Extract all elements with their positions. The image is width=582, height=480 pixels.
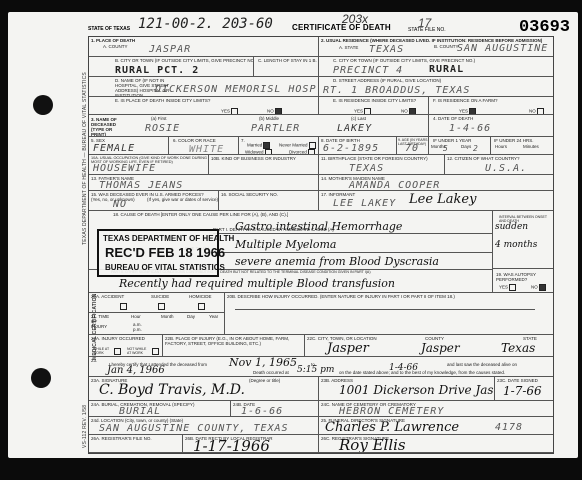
residence-farm-label: f. IS RESIDENCE ON A FARM? <box>433 98 498 103</box>
certification-statement: 23. I hereby certify that I attended the… <box>89 357 553 377</box>
never-married-option[interactable]: Never Married <box>279 142 316 149</box>
first-name-value: ROSIE <box>145 123 180 134</box>
state-file-handwritten: 17 <box>418 16 431 30</box>
autopsy-label: 19. WAS AUTOPSY PERFORMED? <box>496 272 552 282</box>
residence-state-label: a. STATE <box>339 45 358 50</box>
punch-hole-bottom <box>31 368 51 388</box>
city-label: b. CITY OR TOWN (If outside city limits,… <box>115 58 254 63</box>
place-of-death-label: 1. PLACE OF DEATH <box>91 38 135 43</box>
due-to-b-cause: Multiple Myeloma <box>235 238 337 251</box>
informant: 17. INFORMANT LEE LAKEY Lee Lakey <box>319 191 553 211</box>
residence-city-label: c. CITY OR TOWN (If outside city limits,… <box>333 58 475 63</box>
burial-location-value: SAN AUGUSTINE COUNTY, TEXAS <box>99 423 289 434</box>
place-of-death-county: 1. PLACE OF DEATH a. COUNTY JASPAR <box>89 37 319 57</box>
under-one-label: IF UNDER 1 YEAR <box>433 138 471 143</box>
place-city: b. CITY OR TOWN (If outside city limits,… <box>89 57 254 77</box>
residence-city: c. CITY OR TOWN (If outside city limits,… <box>319 57 553 77</box>
last-name-label: (c) Last <box>351 116 366 121</box>
inside-city-limits: e. IS PLACE OF DEATH INSIDE CITY LIMITS?… <box>89 97 319 115</box>
business: 10b. KIND OF BUSINESS OR INDUSTRY <box>209 155 319 175</box>
funeral-director-signature: Charles P. Lawrence <box>325 420 459 435</box>
inside-city-label: e. IS PLACE OF DEATH INSIDE CITY LIMITS? <box>115 98 210 103</box>
armed-forces-value: NO <box>113 199 127 210</box>
month-label: Month <box>161 314 174 319</box>
city-value: RURAL PCT. 2 <box>115 65 199 76</box>
registrar-signature-value: Roy Ellis <box>339 436 406 453</box>
mother-name: 14. MOTHER'S MAIDEN NAME AMANDA COOPER <box>319 175 553 191</box>
hour-label: Hour <box>131 314 141 319</box>
inside-city-no[interactable]: NO <box>267 108 282 115</box>
last-name-value: LAKEY <box>337 123 372 134</box>
residence-street-value: RT. 1 BROADDUS, TEXAS <box>323 85 470 96</box>
suicide-label: SUICIDE <box>151 294 169 299</box>
year-label: Year <box>209 314 218 319</box>
first-name-label: (a) First <box>151 116 167 121</box>
funeral-director-number: 4178 <box>495 422 523 433</box>
burial-date-value: 1-6-66 <box>241 406 283 417</box>
hospital-name: d. NAME OF (If not in hospital, give str… <box>89 77 319 97</box>
registrar-file-no: 26a. REGISTRAR'S FILE NO. <box>89 435 183 453</box>
homicide-label: HOMICIDE <box>189 294 212 299</box>
place-of-injury-label: 22b. PLACE OF INJURY (e.g., in or about … <box>165 336 303 346</box>
age: 9. AGE (In years last birthday) 70 <box>397 137 429 155</box>
under-24-hours: IF UNDER 24 HRS. Hours Minutes <box>491 137 553 155</box>
injury-describe-label: 20b. DESCRIBE HOW INJURY OCCURRED. (Ente… <box>227 294 455 299</box>
injury-location: 22c. CITY, TOWN, OR LOCATION COUNTY STAT… <box>305 335 553 357</box>
certification-label: 23. <box>91 358 97 363</box>
funeral-director: 25. FUNERAL DIRECTOR'S SIGNATURE Charles… <box>319 417 553 435</box>
certification-text3: on the date stated above; and to the bes… <box>339 370 505 375</box>
stamp-line3: BUREAU OF VITAL STATISTICS <box>105 263 225 272</box>
sex-value: FEMALE <box>93 143 135 154</box>
residence-street-label: d. STREET ADDRESS (If rural, give locati… <box>333 78 441 83</box>
residence-inside-no[interactable]: NO <box>401 108 416 115</box>
burial-method: 24a. BURIAL, CREMATION, REMOVAL (Specify… <box>89 401 231 417</box>
county-label: a. COUNTY <box>103 44 128 49</box>
stay-label: c. LENGTH OF STAY in 1 b. <box>258 58 317 63</box>
occupation: 10a. USUAL OCCUPATION (Give kind of work… <box>89 155 209 175</box>
citizen-label: 12. CITIZEN OF WHAT COUNTRY? <box>447 156 520 161</box>
place-of-injury: 22b. PLACE OF INJURY (e.g., in or about … <box>163 335 305 357</box>
date-signed-value: 1-7-66 <box>503 384 542 398</box>
ssn-label: 16. SOCIAL SECURITY NO. <box>221 192 278 197</box>
middle-name-label: (b) Middle <box>259 116 279 121</box>
date-of-birth: 8. DATE OF BIRTH 6-2-1895 <box>319 137 397 155</box>
county-value: JASPAR <box>149 44 191 55</box>
birthplace: 11. BIRTHPLACE (State or foreign country… <box>319 155 445 175</box>
time-of-injury: 21. TIME OF INJURY Hour Month Day Year a… <box>89 313 225 335</box>
hospital-value: DICKERSON MEMORISL HOSP. <box>155 84 319 95</box>
middle-name-value: PARTLER <box>251 123 300 134</box>
date-of-death-label: 4. DATE OF DEATH <box>433 116 473 121</box>
cemetery: 24c. NAME OF CEMETERY OR CREMATORY HEBRO… <box>319 401 553 417</box>
interval-a: sudden <box>495 222 528 232</box>
registrar-file-label: 26a. REGISTRAR'S FILE NO. <box>91 436 152 441</box>
address-value: 1001 Dickerson Drive Jasper <box>339 383 495 397</box>
age-value: 70 <box>405 143 419 154</box>
while-at-work-label: WHILE AT WORK <box>93 347 111 355</box>
day-label: Day <box>187 314 195 319</box>
residence-county-value: SAN AUGUSTINE <box>457 43 548 54</box>
residence-inside-label: e. IS RESIDENCE INSIDE CITY LIMITS? <box>333 98 416 103</box>
due-to-c-cause: severe anemia from Blood Dyscrasia <box>235 255 439 268</box>
name-label: 3. NAME OF DECEASED (Type or print) <box>91 117 127 137</box>
armed-forces: 15. WAS DECEASED EVER IN U.S. ARMED FORC… <box>89 191 219 211</box>
cemetery-value: HEBRON CEMETERY <box>339 406 444 417</box>
injury-description: 20b. DESCRIBE HOW INJURY OCCURRED. (Ente… <box>225 293 553 335</box>
injury-occurred-label: 22a. INJURY OCCURRED <box>91 336 145 341</box>
injury-type: 20a. ACCIDENT SUICIDE HOMICIDE <box>89 293 225 313</box>
informant-label: 17. INFORMANT <box>321 192 355 197</box>
social-security: 16. SOCIAL SECURITY NO. <box>219 191 319 211</box>
informant-signature: Lee Lakey <box>409 192 476 207</box>
birthplace-value: TEXAS <box>349 163 384 174</box>
burial-date: 24b. DATE 1-6-66 <box>231 401 319 417</box>
death-time: 5:15 pm <box>297 365 334 375</box>
residence-street: d. STREET ADDRESS (If rural, give locati… <box>319 77 553 97</box>
stamp-line1: TEXAS DEPARTMENT OF HEALTH <box>103 234 234 243</box>
marital-status: 7. Married Never Married Widowed Divorce… <box>239 137 319 155</box>
burial-method-value: BURIAL <box>119 406 161 417</box>
sex: 5. SEX FEMALE <box>89 137 169 155</box>
not-while-at-work-checkbox[interactable] <box>152 348 159 355</box>
stamp-line2: REC'D FEB 18 1966 <box>105 245 225 260</box>
autopsy: 19. WAS AUTOPSY PERFORMED? YES NO <box>493 269 553 293</box>
date-of-death-value: 1-4-66 <box>449 123 491 134</box>
injury-county-value: Jasper <box>421 341 460 355</box>
length-of-stay: c. LENGTH OF STAY in 1 b. <box>254 57 319 77</box>
received-stamp: TEXAS DEPARTMENT OF HEALTH REC'D FEB 18 … <box>97 229 219 277</box>
accident-checkbox[interactable] <box>120 303 127 310</box>
immediate-cause: Gastro intestinal Hemorrhage <box>235 220 402 233</box>
suicide-checkbox[interactable] <box>158 303 165 310</box>
certificate-header: STATE OF TEXAS 121-00-2. 203-60 CERTIFIC… <box>88 16 574 36</box>
certificate-form: 1. PLACE OF DEATH a. COUNTY JASPAR 2. US… <box>88 36 554 454</box>
state-label: STATE OF TEXAS <box>88 26 130 32</box>
attended-from-date: Nov 1, 1965 <box>229 357 297 369</box>
citizenship: 12. CITIZEN OF WHAT COUNTRY? U.S.A. <box>445 155 553 175</box>
part2-conditions: Recently had required multiple Blood tra… <box>119 277 395 290</box>
marital-label: 7. <box>241 138 245 143</box>
residence-inside-city: e. IS RESIDENCE INSIDE CITY LIMITS? YES … <box>319 97 429 115</box>
dob-value: 6-2-1895 <box>323 143 379 154</box>
date-signed-label: 23c. DATE SIGNED <box>497 378 538 383</box>
married-option[interactable]: Married <box>247 142 270 149</box>
local-number: 121-00-2. 203-60 <box>138 16 273 32</box>
father-value: THOMAS JEANS <box>99 180 183 191</box>
date-received: 26b. DATE REC'D BY LOCAL REGISTRAR 1-17-… <box>183 435 319 453</box>
date-received-value: 1-17-1966 <box>193 437 270 453</box>
race-label: 6. COLOR OR RACE <box>173 138 216 143</box>
race-value: WHITE <box>189 144 224 155</box>
days-value: 2 <box>473 144 479 153</box>
not-while-at-work-label: NOT WHILE AT WORK <box>127 347 147 355</box>
accident-label: 20a. ACCIDENT <box>91 294 124 299</box>
interval-b: 4 months <box>495 240 537 250</box>
file-number: 03693 <box>519 18 570 37</box>
residence-city-extra: RURAL <box>429 64 464 75</box>
physician-signature: 23a. SIGNATURE (Degree or title) C. Boyd… <box>89 377 319 401</box>
handwritten-number: 203x <box>342 12 368 26</box>
informant-value: LEE LAKEY <box>333 198 396 209</box>
residence-farm-no[interactable]: NO <box>529 108 544 115</box>
residence-city-value: PRECINCT 4 <box>333 65 403 76</box>
residence-farm: f. IS RESIDENCE ON A FARM? YES NO <box>429 97 553 115</box>
deceased-name: 3. NAME OF DECEASED (Type or print) (a) … <box>89 115 429 137</box>
attended-to-date: Jan 4, 1966 <box>107 365 165 376</box>
death-occurred-label: Death occurred at <box>253 370 289 375</box>
residence-farm-yes[interactable]: YES <box>459 108 476 115</box>
under-24-label: IF UNDER 24 HRS. <box>494 138 534 143</box>
business-label: 10b. KIND OF BUSINESS OR INDUSTRY <box>211 156 296 161</box>
inside-city-yes[interactable]: YES <box>221 108 238 115</box>
degree-label: (Degree or title) <box>249 378 280 383</box>
injury-city-value: Jasper <box>327 341 369 356</box>
minutes-label: Minutes <box>523 144 539 149</box>
months-value: 5 <box>443 144 449 153</box>
mother-value: AMANDA COOPER <box>349 180 440 191</box>
homicide-checkbox[interactable] <box>198 303 205 310</box>
residence-state-value: TEXAS <box>369 44 404 55</box>
while-at-work-checkbox[interactable] <box>114 348 121 355</box>
punch-hole-top <box>33 95 53 115</box>
date-signed: 23c. DATE SIGNED 1-7-66 <box>495 377 553 401</box>
under-one-year: IF UNDER 1 YEAR Months 5 Days 2 <box>429 137 491 155</box>
autopsy-no[interactable]: NO <box>531 284 546 291</box>
hours-label: Hours <box>495 144 507 149</box>
physician-address: 23b. ADDRESS 1001 Dickerson Drive Jasper <box>319 377 495 401</box>
physician-signature-value: C. Boyd Travis, M.D. <box>99 382 245 398</box>
armed-sub2-label: (If yes, give war or dates of service) <box>147 197 218 202</box>
days-label: Days <box>461 144 471 149</box>
occupation-value: HOUSEWIFE <box>93 163 156 174</box>
race: 6. COLOR OR RACE WHITE <box>169 137 239 155</box>
injury-state-value: Texas <box>501 341 535 355</box>
birthplace-label: 11. BIRTHPLACE (State or foreign country… <box>321 156 428 161</box>
cause-label: 18. CAUSE OF DEATH [Enter only one cause… <box>113 212 288 217</box>
autopsy-yes[interactable]: YES <box>499 284 516 291</box>
time-of-injury-label: 21. TIME OF INJURY <box>91 314 113 329</box>
burial-location: 24d. LOCATION (City, town, or county) (S… <box>89 417 319 435</box>
father-name: 13. FATHER'S NAME THOMAS JEANS <box>89 175 319 191</box>
residence-state-county: 2. USUAL RESIDENCE (Where deceased lived… <box>319 37 553 57</box>
residence-inside-yes[interactable]: YES <box>354 108 371 115</box>
certification-text2: and last saw the deceased alive on <box>447 362 517 367</box>
residence-county-label: b. COUNTY <box>434 44 459 49</box>
ampm-label: a.m. p.m. <box>133 322 143 332</box>
date-of-death: 4. DATE OF DEATH 1-4-66 <box>429 115 553 137</box>
citizen-value: U.S.A. <box>485 163 527 174</box>
injury-occurred: 22a. INJURY OCCURRED WHILE AT WORK NOT W… <box>89 335 163 357</box>
interval-column: INTERVAL BETWEEN ONSET AND DEATH sudden … <box>493 211 553 269</box>
registrar-signature: 26c. REGISTRAR'S SIGNATURE Roy Ellis <box>319 435 553 453</box>
